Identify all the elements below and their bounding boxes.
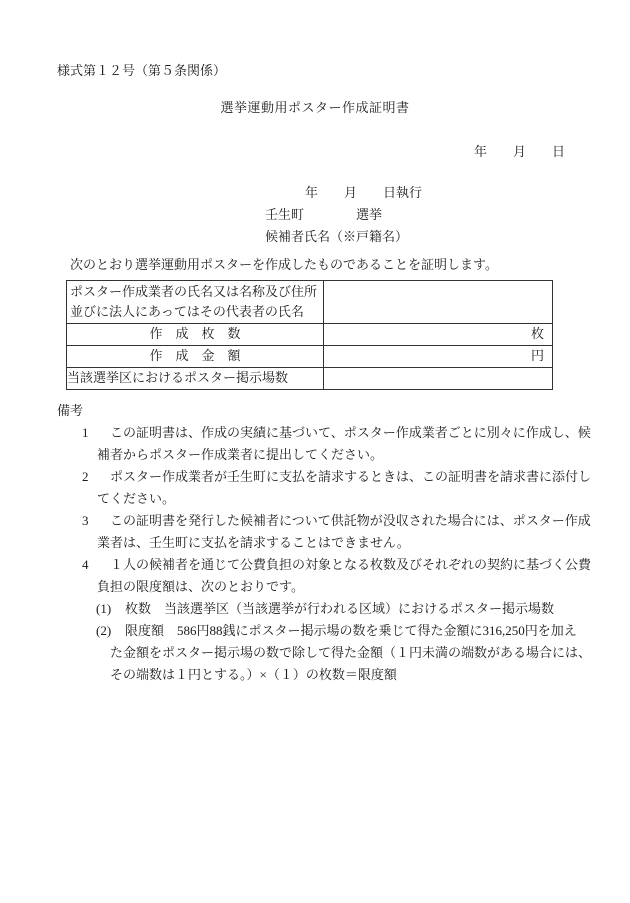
poster-sites-value-cell [324,368,553,390]
poster-sites-label-cell: 当該選挙区におけるポスター掲示場数 [67,368,324,390]
form-number: 様式第１２号（第５条関係） [57,62,226,81]
maker-name-label: ポスター作成業者の氏名又は名称及び住所 並びに法人にあってはその代表者の氏名 [67,281,323,323]
table-row-sheets: 作 成 枚 数 枚 [67,324,553,346]
document-page: 様式第１２号（第５条関係） 選挙運動用ポスター作成証明書 年 月 日 年 月 日… [0,0,630,903]
election-name-line: 壬生町 選挙 [265,204,630,226]
amount-label-cell: 作 成 金 額 [67,346,324,368]
note-number-2: 2 [82,466,89,488]
note-text-1: この証明書は、作成の実績に基づいて、ポスター作成業者ごとに別々に作成し、候 補者… [97,422,612,466]
amount-value-cell: 円 [324,346,553,368]
sheets-label-cell: 作 成 枚 数 [67,324,324,346]
note-text-3: この証明書を発行した候補者について供託物が没収された場合には、ポスター作成 業者… [97,510,612,554]
certify-sentence: 次のとおり選挙運動用ポスターを作成したものであることを証明します。 [70,256,498,275]
note-item-4: 4 １人の候補者を通じて公費負担の対象となる枚数及びそれぞれの契約に基づく公費 … [57,554,612,598]
document-title: 選挙運動用ポスター作成証明書 [0,99,630,118]
note-item-1: 1 この証明書は、作成の実績に基づいて、ポスター作成業者ごとに別々に作成し、候 … [57,422,612,466]
sub-item-text-1: 枚数 当該選挙区（当該選挙が行われる区域）におけるポスター掲示場数 [110,598,612,620]
table-row-poster-sites: 当該選挙区におけるポスター掲示場数 [67,368,553,390]
notes-heading: 備考 [57,400,612,422]
note-sub-item-1: (1) 枚数 当該選挙区（当該選挙が行われる区域）におけるポスター掲示場数 [57,598,612,620]
notes-section: 備考 1 この証明書は、作成の実績に基づいて、ポスター作成業者ごとに別々に作成し… [57,400,612,686]
note-text-4: １人の候補者を通じて公費負担の対象となる枚数及びそれぞれの契約に基づく公費 負担… [97,554,612,598]
note-item-2: 2 ポスター作成業者が壬生町に支払を請求するときは、この証明書を請求書に添付し … [57,466,612,510]
note-text-2: ポスター作成業者が壬生町に支払を請求するときは、この証明書を請求書に添付し てく… [97,466,612,510]
maker-name-value-cell [324,281,553,324]
maker-name-label-cell: ポスター作成業者の氏名又は名称及び住所 並びに法人にあってはその代表者の氏名 [67,281,324,324]
execution-date-line: 年 月 日執行 [305,182,630,204]
note-number-4: 4 [82,554,89,576]
note-sub-item-2: (2) 限度額 586円88銭にポスター掲示場の数を乗じて得た金額に316,25… [57,620,612,686]
sub-item-text-2: 限度額 586円88銭にポスター掲示場の数を乗じて得た金額に316,250円を加… [110,620,612,686]
sheets-value-cell: 枚 [324,324,553,346]
candidate-name-line: 候補者氏名（※戸籍名） [265,226,630,248]
issue-date-line: 年 月 日 [474,143,565,162]
sub-item-number-2: (2) [96,620,111,642]
sub-item-number-1: (1) [96,598,111,620]
note-number-3: 3 [82,510,89,532]
table-row-maker-name: ポスター作成業者の氏名又は名称及び住所 並びに法人にあってはその代表者の氏名 [67,281,553,324]
execution-block: 年 月 日執行 壬生町 選挙 候補者氏名（※戸籍名） [0,182,630,248]
note-item-3: 3 この証明書を発行した候補者について供託物が没収された場合には、ポスター作成 … [57,510,612,554]
certificate-table: ポスター作成業者の氏名又は名称及び住所 並びに法人にあってはその代表者の氏名 作… [66,280,553,390]
table-row-amount: 作 成 金 額 円 [67,346,553,368]
note-number-1: 1 [82,422,89,444]
